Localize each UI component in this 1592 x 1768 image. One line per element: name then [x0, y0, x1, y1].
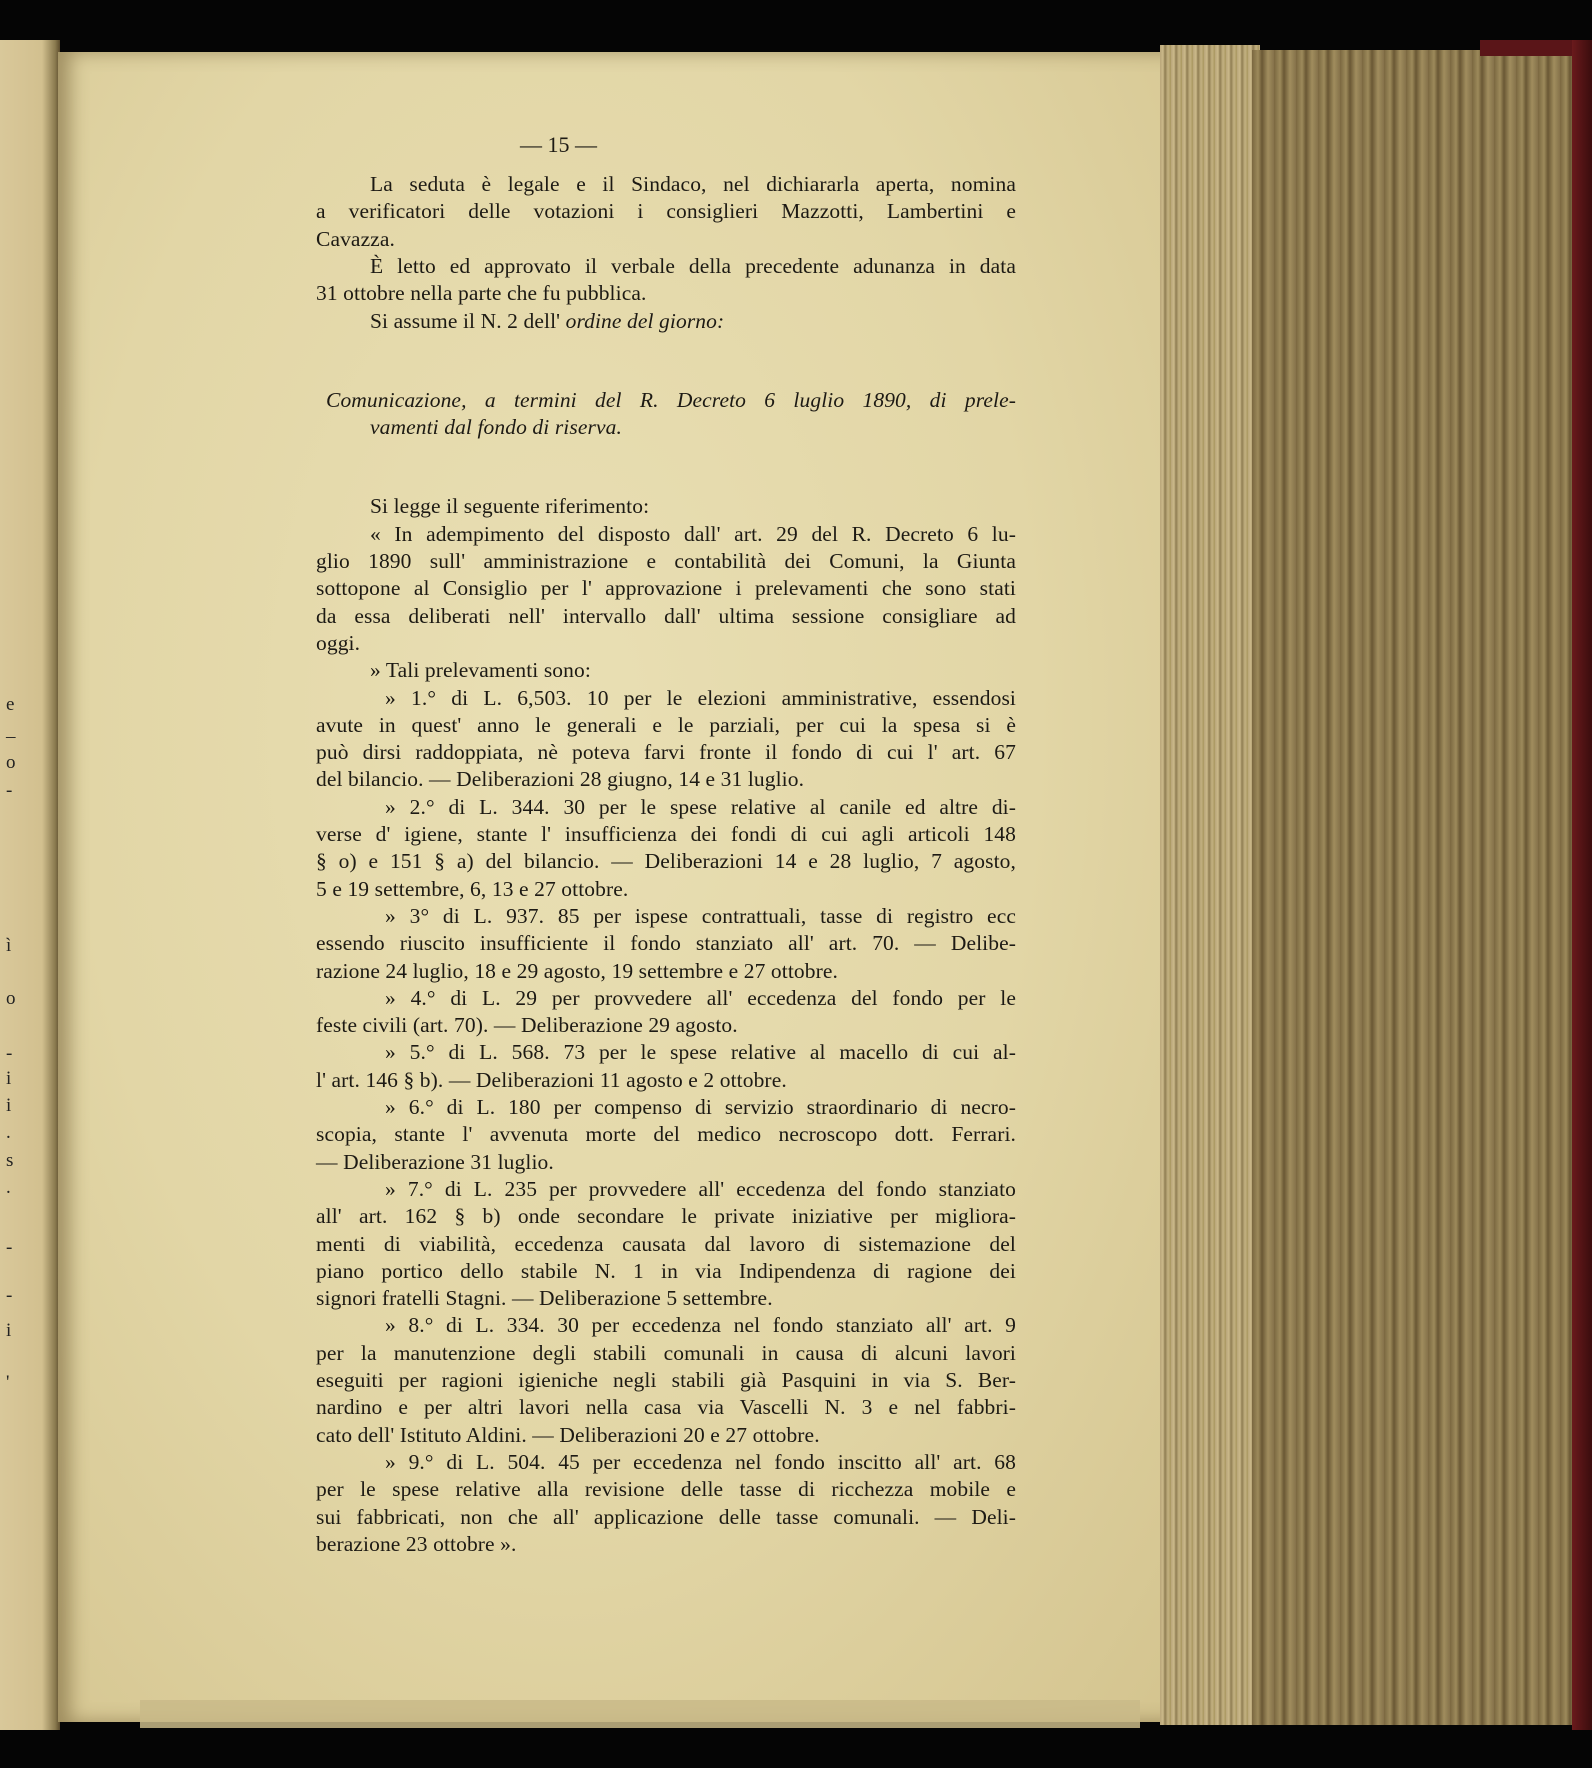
left-page-margin-glyph: o	[6, 752, 16, 774]
paragraph-verbale: 31 ottobre nella parte che fu pubblica.	[316, 281, 646, 306]
paragraph-opening: a verificatori delle votazioni i consigl…	[316, 199, 1016, 224]
list-item-7: signori fratelli Stagni. — Deliberazione…	[316, 1286, 773, 1311]
list-item-2: 5 e 19 settembre, 6, 13 e 27 ottobre.	[316, 877, 628, 902]
list-item-7: » 7.° di L. 235 per provvedere all' ecce…	[385, 1177, 1016, 1202]
list-item-8: » 8.° di L. 334. 30 per eccedenza nel fo…	[385, 1313, 1016, 1338]
list-item-2: » 2.° di L. 344. 30 per le spese relativ…	[385, 795, 1016, 820]
left-page-margin-glyph: i	[6, 1068, 11, 1090]
paragraph-reference: oggi.	[316, 631, 360, 656]
paragraph-list-intro: » Tali prelevamenti sono:	[370, 658, 591, 683]
list-item-8: cato dell' Istituto Aldini. — Deliberazi…	[316, 1423, 820, 1448]
left-page-margin-glyph: -	[6, 1043, 12, 1065]
paragraph-reference: glio 1890 sull' amministrazione e contab…	[316, 549, 1016, 574]
list-item-1: può dirsi raddoppiata, nè poteva farvi f…	[316, 740, 1016, 765]
list-item-1: del bilancio. — Deliberazioni 28 giugno,…	[316, 767, 804, 792]
list-item-9: sui fabbricati, non che all' applicazion…	[316, 1505, 1016, 1530]
list-item-3: » 3° di L. 937. 85 per ispese contrattua…	[385, 904, 1016, 929]
list-item-3: razione 24 luglio, 18 e 29 agosto, 19 se…	[316, 959, 838, 984]
list-item-9: berazione 23 ottobre ».	[316, 1532, 517, 1557]
paragraph-intro: Si legge il seguente riferimento:	[370, 494, 649, 519]
list-item-8: eseguiti per ragioni igieniche negli sta…	[316, 1368, 1016, 1393]
left-page-margin-glyph: s	[6, 1150, 13, 1172]
list-item-2: verse d' igiene, stante l' insufficienza…	[316, 822, 1016, 847]
paragraph-reference: sottopone al Consiglio per l' approvazio…	[316, 576, 1016, 601]
list-item-1: » 1.° di L. 6,503. 10 per le elezioni am…	[385, 686, 1016, 711]
list-item-4: » 4.° di L. 29 per provvedere all' ecced…	[385, 986, 1016, 1011]
paragraph-verbale: È letto ed approvato il verbale della pr…	[370, 254, 1016, 279]
left-page-margin-glyph: .	[6, 1177, 11, 1199]
section-heading: vamenti dal fondo di riserva.	[370, 415, 622, 440]
left-page-margin-glyph: ì	[6, 935, 11, 957]
list-item-5: l' art. 146 § b). — Deliberazioni 11 ago…	[316, 1068, 787, 1093]
paragraph-opening: La seduta è legale e il Sindaco, nel dic…	[370, 172, 1016, 197]
section-heading: Comunicazione, a termini del R. Decreto …	[326, 388, 1016, 413]
paragraph-agenda: Si assume il N. 2 dell' ordine del giorn…	[370, 309, 724, 334]
list-item-4: feste civili (art. 70). — Deliberazione …	[316, 1013, 738, 1038]
left-page-margin-glyph: -	[6, 780, 12, 802]
list-item-8: per la manutenzione degli stabili comuna…	[316, 1341, 1016, 1366]
list-item-9: » 9.° di L. 504. 45 per eccedenza nel fo…	[385, 1450, 1016, 1475]
list-item-7: all' art. 162 § b) onde secondare le pri…	[316, 1204, 1016, 1229]
left-page-margin-glyph: -	[6, 1237, 12, 1259]
list-item-7: menti di viabilità, eccedenza causata da…	[316, 1232, 1016, 1257]
page-number: — 15 —	[520, 132, 597, 158]
list-item-3: essendo riuscito insufficiente il fondo …	[316, 931, 1016, 956]
paragraph-reference: « In adempimento del disposto dall' art.…	[370, 522, 1016, 547]
left-page-margin-glyph: '	[6, 1372, 9, 1394]
list-item-6: — Deliberazione 31 luglio.	[316, 1150, 554, 1175]
list-item-8: nardino e per altri lavori nella casa vi…	[316, 1395, 1016, 1420]
left-page-margin-glyph: e	[6, 694, 14, 716]
left-page-margin-glyph: i	[6, 1320, 11, 1342]
list-item-6: » 6.° di L. 180 per compenso di servizio…	[385, 1095, 1016, 1120]
paragraph-opening: Cavazza.	[316, 227, 395, 252]
list-item-9: per le spese relative alla revisione del…	[316, 1477, 1016, 1502]
left-page-margin-glyph: -	[6, 1285, 12, 1307]
left-page-margin-glyph: o	[6, 988, 16, 1010]
list-item-2: § o) e 151 § a) del bilancio. — Delibera…	[316, 849, 1016, 874]
list-item-1: avute in quest' anno le generali e le pa…	[316, 713, 1016, 738]
list-item-6: scopia, stante l' avvenuta morte del med…	[316, 1122, 1016, 1147]
list-item-7: piano portico dello stabile N. 1 in via …	[316, 1259, 1016, 1284]
list-item-5: » 5.° di L. 568. 73 per le spese relativ…	[385, 1040, 1016, 1065]
page-content: — 15 — La seduta è legale e il Sindaco, …	[0, 0, 1592, 1768]
left-page-margin-glyph: –	[6, 726, 16, 748]
left-page-margin-glyph: i	[6, 1095, 11, 1117]
paragraph-reference: da essa deliberati nell' intervallo dall…	[316, 604, 1016, 629]
left-page-margin-glyph: .	[6, 1122, 11, 1144]
